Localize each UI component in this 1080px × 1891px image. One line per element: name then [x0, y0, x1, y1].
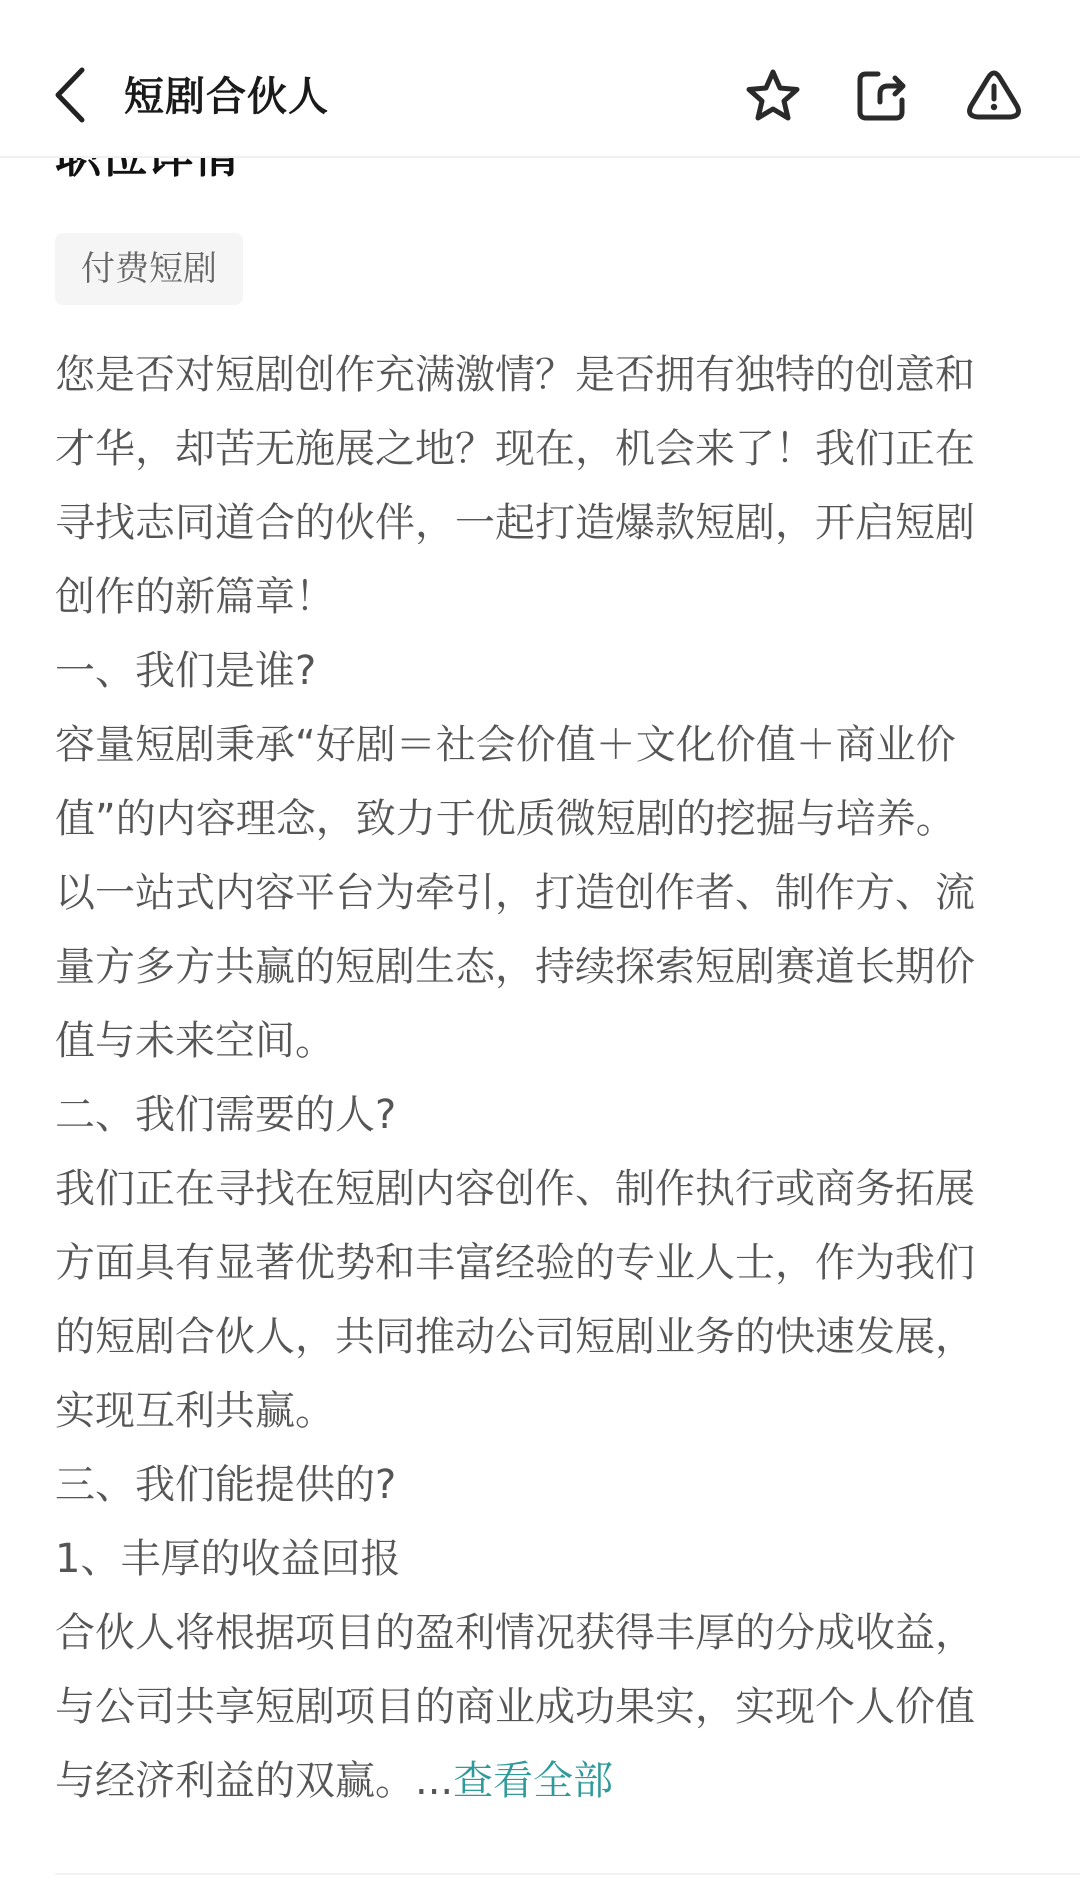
description-line: 的短剧合伙人，共同推动公司短剧业务的快速发展， — [55, 1300, 1055, 1374]
description-line: 值与未来空间。 — [55, 1004, 1055, 1078]
description-line: 寻找志同道合的伙伴，一起打造爆款短剧，开启短剧 — [55, 486, 1055, 560]
divider — [55, 1873, 1080, 1875]
truncated-text: 与经济利益的双赢。... — [55, 1758, 453, 1804]
description-heading: 二、我们需要的人? — [55, 1078, 1055, 1152]
category-tag: 付费短剧 — [55, 233, 243, 305]
description-line: 我们正在寻找在短剧内容创作、制作执行或商务拓展 — [55, 1152, 1055, 1226]
page-title: 短剧合伙人 — [124, 70, 329, 124]
description-line: 创作的新篇章！ — [55, 560, 1055, 634]
favorite-button[interactable] — [741, 64, 805, 128]
description-subheading: 1、丰厚的收益回报 — [55, 1522, 1055, 1596]
description-line: 合伙人将根据项目的盈利情况获得丰厚的分成收益， — [55, 1596, 1055, 1670]
share-icon — [850, 64, 914, 128]
job-description: 您是否对短剧创作充满激情？是否拥有独特的创意和 才华，却苦无施展之地？现在，机会… — [55, 338, 1055, 1818]
chevron-left-icon — [48, 62, 98, 128]
description-heading: 一、我们是谁? — [55, 634, 1055, 708]
description-line: 量方多方共赢的短剧生态，持续探索短剧赛道长期价 — [55, 930, 1055, 1004]
description-line: 以一站式内容平台为牵引，打造创作者、制作方、流 — [55, 856, 1055, 930]
description-line: 容量短剧秉承“好剧＝社会价值＋文化价值＋商业价 — [55, 708, 1055, 782]
description-line: 方面具有显著优势和丰富经验的专业人士，作为我们 — [55, 1226, 1055, 1300]
view-all-link[interactable]: 查看全部 — [453, 1758, 613, 1804]
top-nav-bar: 短剧合伙人 — [0, 0, 1080, 158]
description-heading: 三、我们能提供的? — [55, 1448, 1055, 1522]
warning-icon — [962, 64, 1026, 128]
description-line: 与公司共享短剧项目的商业成功果实，实现个人价值 — [55, 1670, 1055, 1744]
back-button[interactable] — [48, 62, 98, 128]
description-line: 您是否对短剧创作充满激情？是否拥有独特的创意和 — [55, 338, 1055, 412]
report-button[interactable] — [962, 64, 1026, 128]
description-line: 实现互利共赢。 — [55, 1374, 1055, 1448]
description-line: 才华，却苦无施展之地？现在，机会来了！我们正在 — [55, 412, 1055, 486]
description-line: 值”的内容理念，致力于优质微短剧的挖掘与培养。 — [55, 782, 1055, 856]
share-button[interactable] — [850, 64, 914, 128]
star-icon — [741, 64, 805, 128]
description-last-line: 与经济利益的双赢。...查看全部 — [55, 1744, 1055, 1818]
